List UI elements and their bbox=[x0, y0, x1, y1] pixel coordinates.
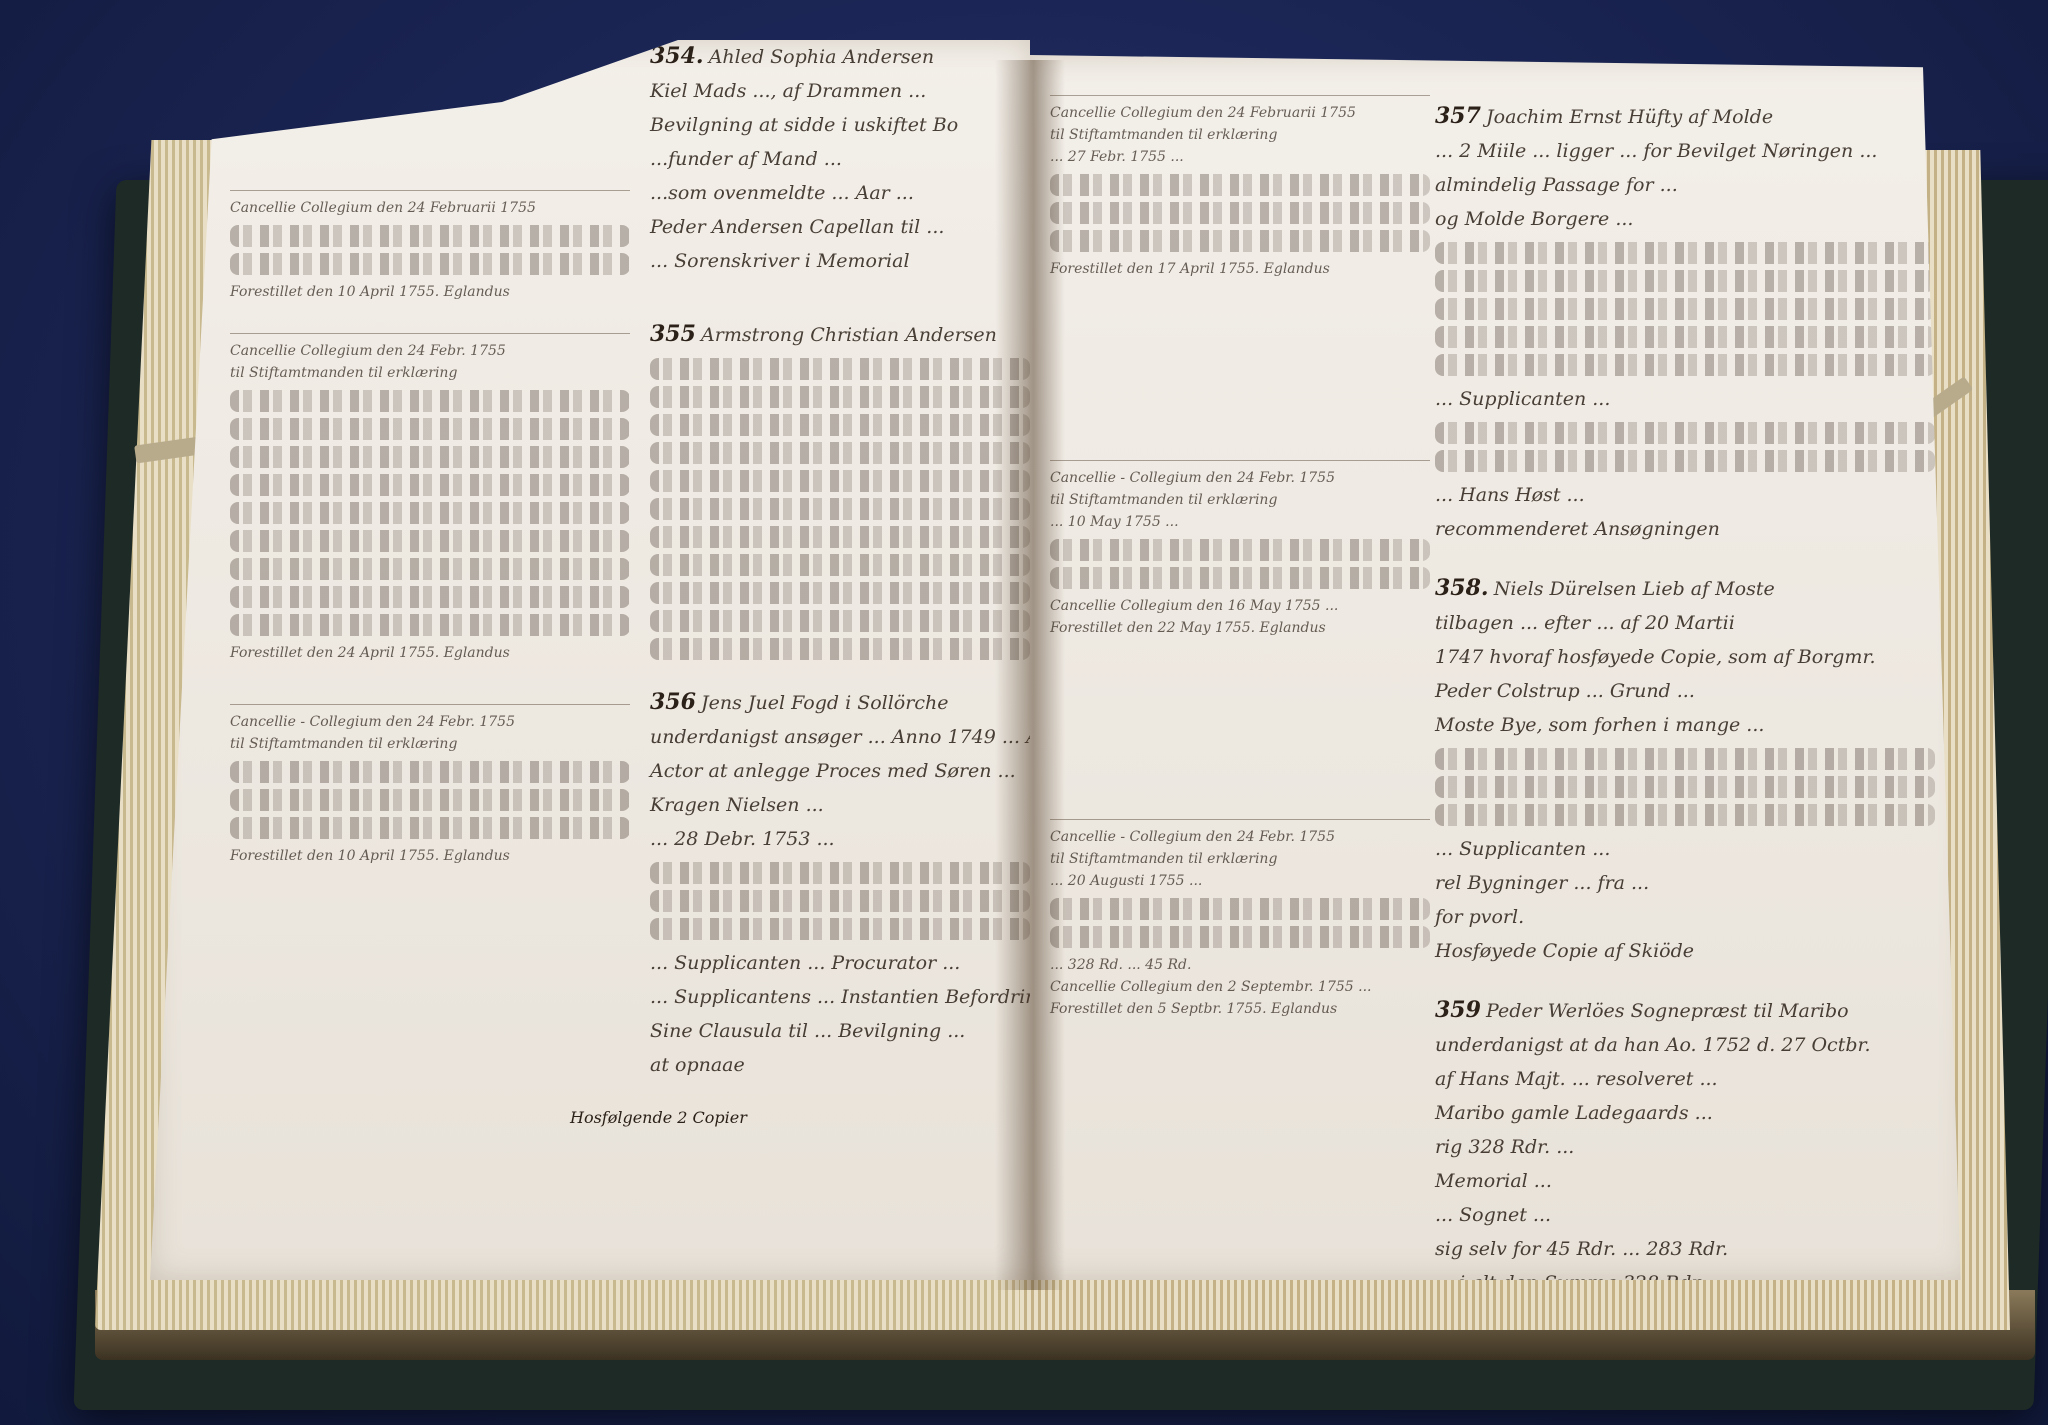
entry-line: Maribo gamle Ladegaards ... bbox=[1435, 1096, 1935, 1130]
entry-number: 357 bbox=[1435, 103, 1481, 129]
right-page: Cancellie Collegium den 24 Februarii 175… bbox=[1030, 55, 1970, 1280]
note-line: til Stiftamtmanden til erklæring bbox=[1050, 489, 1430, 511]
left-margin-notes: Cancellie Collegium den 24 Februarii 175… bbox=[230, 190, 630, 893]
entry-number: 354. bbox=[650, 43, 704, 69]
entry-line: Kiel Mads ..., af Drammen ... bbox=[650, 74, 1030, 108]
entry-line: tilbagen ... efter ... af 20 Martii bbox=[1435, 606, 1935, 640]
entry-line: underdanigst ansøger ... Anno 1749 ... A… bbox=[650, 720, 1030, 754]
entry-line: ... 2 Miile ... ligger ... for Bevilget … bbox=[1435, 134, 1935, 168]
entry-line: rel Bygninger ... fra ... bbox=[1435, 866, 1935, 900]
entry-line: Actor at anlegge Proces med Søren ... bbox=[650, 754, 1030, 788]
note-line: Forestillet den 22 May 1755. Eglandus bbox=[1050, 617, 1430, 639]
entry-line: Kragen Nielsen ... bbox=[650, 788, 1030, 822]
entry-line: underdanigst at da han Ao. 1752 d. 27 Oc… bbox=[1435, 1028, 1935, 1062]
note-line: Cancellie Collegium den 2 Septembr. 1755… bbox=[1050, 976, 1430, 998]
note-line: til Stiftamtmanden til erklæring bbox=[230, 362, 630, 384]
note-line: til Stiftamtmanden til erklæring bbox=[1050, 124, 1430, 146]
margin-note: Cancellie - Collegium den 24 Febr. 1755 … bbox=[1050, 819, 1430, 1020]
entry-354: 354. Ahled Sophia Andersen Kiel Mads ...… bbox=[650, 40, 1030, 278]
entry-358: 358. Niels Dürelsen Lieb af Moste tilbag… bbox=[1435, 572, 1935, 968]
entry-355: 355 Armstrong Christian Andersen bbox=[650, 318, 1030, 660]
entry-line: ... Supplicantens ... Instantien Befordr… bbox=[650, 980, 1030, 1014]
entry-line: Memorial ... bbox=[1435, 1164, 1935, 1198]
entry-title: Peder Werlöes Sognepræst til Maribo bbox=[1486, 1000, 1849, 1022]
note-line: Forestillet den 17 April 1755. Eglandus bbox=[1050, 258, 1430, 280]
margin-note: Cancellie Collegium den 24 Februarii 175… bbox=[1050, 95, 1430, 280]
entry-line: ... Supplicanten ... bbox=[1435, 382, 1935, 416]
note-header: Cancellie Collegium den 24 Februarii 175… bbox=[230, 197, 630, 219]
entry-357: 357 Joachim Ernst Hüfty af Molde ... 2 M… bbox=[1435, 100, 1935, 546]
note-line: Forestillet den 5 Septbr. 1755. Eglandus bbox=[1050, 998, 1430, 1020]
entry-line: sig selv for 45 Rdr. ... 283 Rdr. bbox=[1435, 1232, 1935, 1266]
entry-line: Bevilgning at sidde i uskiftet Bo bbox=[650, 108, 1030, 142]
note-line: til Stiftamtmanden til erklæring bbox=[1050, 848, 1430, 870]
margin-note: Cancellie Collegium den 24 Februarii 175… bbox=[230, 190, 630, 303]
entry-line: at opnaae bbox=[650, 1048, 1030, 1082]
note-header: Cancellie Collegium den 24 Febr. 1755 bbox=[230, 340, 630, 362]
entry-line: ... Sorenskriver i Memorial bbox=[650, 244, 1030, 278]
entry-number: 355 bbox=[650, 321, 696, 347]
note-line: til Stiftamtmanden til erklæring bbox=[230, 733, 630, 755]
note-header: Cancellie - Collegium den 24 Febr. 1755 bbox=[230, 711, 630, 733]
note-header: Cancellie - Collegium den 24 Febr. 1755 bbox=[1050, 826, 1430, 848]
entry-line: ... Hans Høst ... bbox=[1435, 478, 1935, 512]
entry-line: Peder Colstrup ... Grund ... bbox=[1435, 674, 1935, 708]
entry-line: Moste Bye, som forhen i mange ... bbox=[1435, 708, 1935, 742]
note-line: Forestillet den 10 April 1755. Eglandus bbox=[230, 845, 630, 867]
entry-number: 358. bbox=[1435, 575, 1489, 601]
entry-line: almindelig Passage for ... bbox=[1435, 168, 1935, 202]
note-line: ... 10 May 1755 ... bbox=[1050, 511, 1430, 533]
entry-359: 359 Peder Werlöes Sognepræst til Maribo … bbox=[1435, 994, 1935, 1280]
entry-line: ... Supplicanten ... Procurator ... bbox=[650, 946, 1030, 980]
entry-line: Hosføyede Copie af Skiöde bbox=[1435, 934, 1935, 968]
left-main-column: 354. Ahled Sophia Andersen Kiel Mads ...… bbox=[650, 40, 1030, 1127]
entry-line: ... 28 Debr. 1753 ... bbox=[650, 822, 1030, 856]
note-line: Forestillet den 24 April 1755. Eglandus bbox=[230, 642, 630, 664]
right-main-column: 357 Joachim Ernst Hüfty af Molde ... 2 M… bbox=[1435, 100, 1935, 1280]
entry-line: Sine Clausula til ... Bevilgning ... bbox=[650, 1014, 1030, 1048]
note-line: ... 328 Rd. ... 45 Rd. bbox=[1050, 954, 1430, 976]
margin-note: Cancellie Collegium den 24 Febr. 1755 ti… bbox=[230, 333, 630, 664]
footer-note: Hosfølgende 2 Copier bbox=[570, 1108, 1030, 1127]
entry-title: Niels Dürelsen Lieb af Moste bbox=[1494, 578, 1775, 600]
book-gutter bbox=[995, 60, 1065, 1290]
entry-line: ...som ovenmeldte ... Aar ... bbox=[650, 176, 1030, 210]
margin-note: Cancellie - Collegium den 24 Febr. 1755 … bbox=[230, 704, 630, 867]
entry-line: ... Sognet ... bbox=[1435, 1198, 1935, 1232]
entry-number: 359 bbox=[1435, 997, 1481, 1023]
entry-line: ... i alt den Summa 328 Rdr. bbox=[1435, 1266, 1935, 1280]
margin-note: Cancellie - Collegium den 24 Febr. 1755 … bbox=[1050, 460, 1430, 639]
entry-line: for pvorl. bbox=[1435, 900, 1935, 934]
entry-line: Peder Andersen Capellan til ... bbox=[650, 210, 1030, 244]
entry-title: Joachim Ernst Hüfty af Molde bbox=[1486, 106, 1773, 128]
entry-title: Jens Juel Fogd i Sollörche bbox=[701, 692, 948, 714]
entry-title: Armstrong Christian Andersen bbox=[701, 324, 997, 346]
entry-line: af Hans Majt. ... resolveret ... bbox=[1435, 1062, 1935, 1096]
note-line: ... 20 Augusti 1755 ... bbox=[1050, 870, 1430, 892]
left-page: Cancellie Collegium den 24 Februarii 175… bbox=[150, 40, 1030, 1280]
entry-line: ... Supplicanten ... bbox=[1435, 832, 1935, 866]
note-line: Cancellie Collegium den 16 May 1755 ... bbox=[1050, 595, 1430, 617]
note-header: Cancellie Collegium den 24 Februarii 175… bbox=[1050, 102, 1430, 124]
entry-line: og Molde Borgere ... bbox=[1435, 202, 1935, 236]
entry-title: Ahled Sophia Andersen bbox=[709, 46, 934, 68]
entry-356: 356 Jens Juel Fogd i Sollörche underdani… bbox=[650, 686, 1030, 1082]
note-header: Cancellie - Collegium den 24 Febr. 1755 bbox=[1050, 467, 1430, 489]
entry-line: recommenderet Ansøgningen bbox=[1435, 512, 1935, 546]
note-line: Forestillet den 10 April 1755. Eglandus bbox=[230, 281, 630, 303]
entry-line: ...funder af Mand ... bbox=[650, 142, 1030, 176]
entry-line: 1747 hvoraf hosføyede Copie, som af Borg… bbox=[1435, 640, 1935, 674]
note-line: ... 27 Febr. 1755 ... bbox=[1050, 146, 1430, 168]
right-margin-notes: Cancellie Collegium den 24 Februarii 175… bbox=[1050, 95, 1430, 1046]
entry-number: 356 bbox=[650, 689, 696, 715]
entry-line: rig 328 Rdr. ... bbox=[1435, 1130, 1935, 1164]
